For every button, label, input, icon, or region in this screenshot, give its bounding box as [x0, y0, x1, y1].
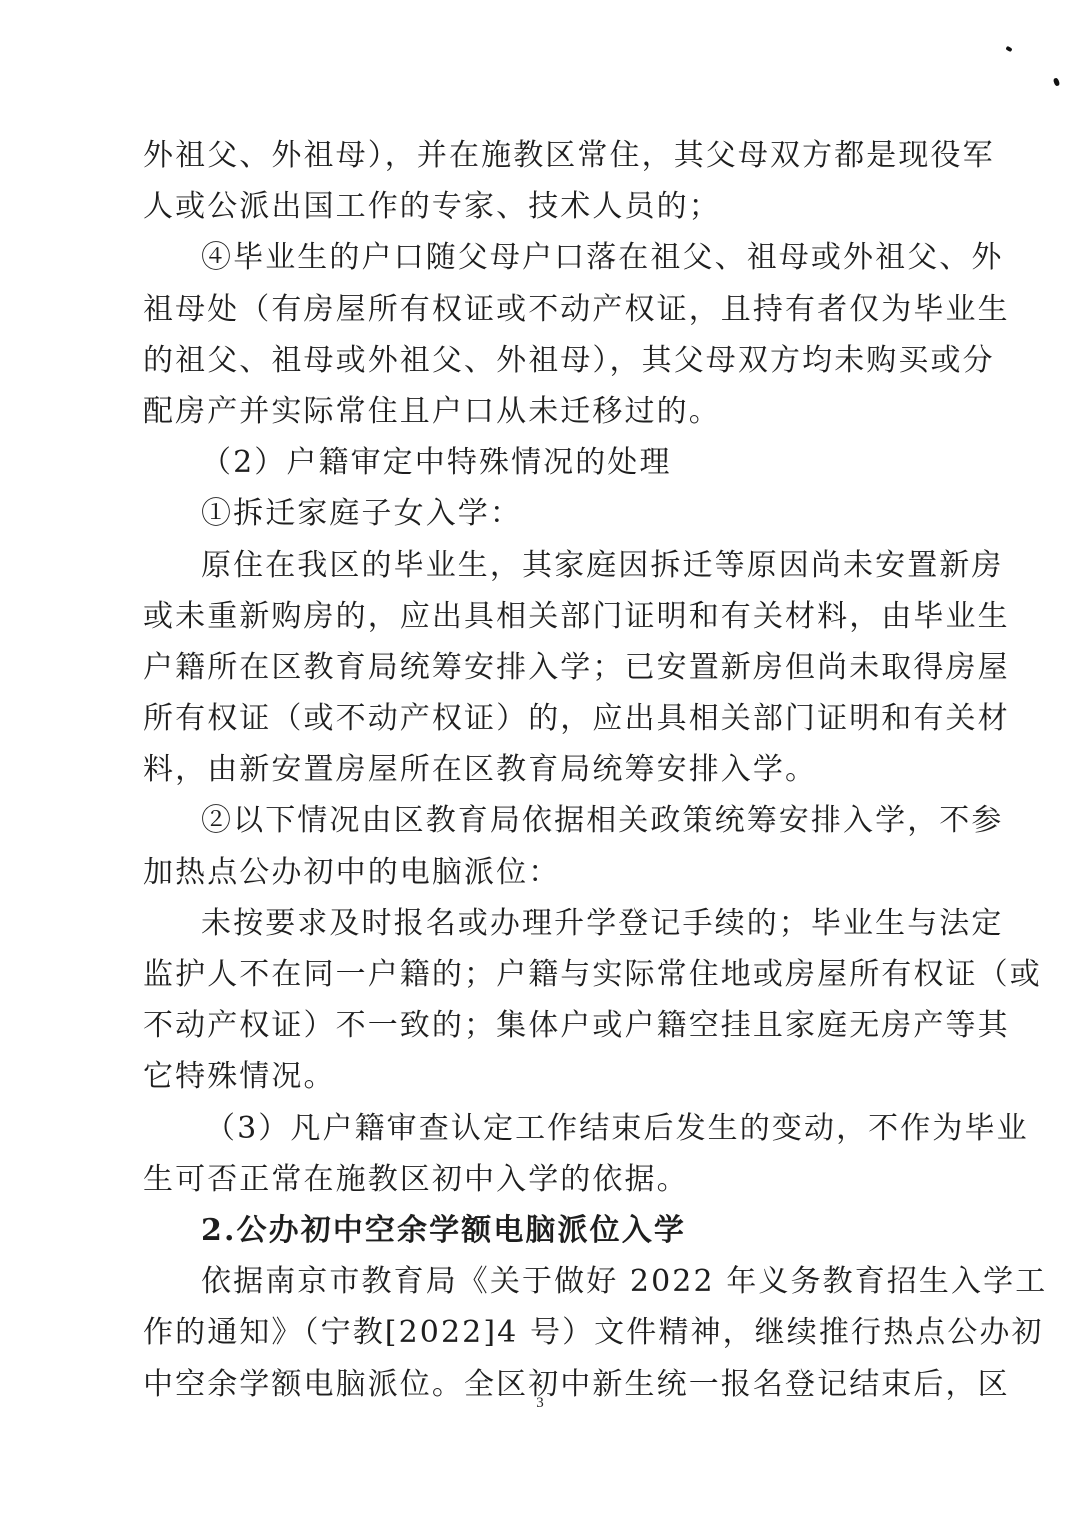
text-line: 原住在我区的毕业生，其家庭因拆迁等原因尚未安置新房: [143, 540, 928, 591]
text-line: 人或公派出国工作的专家、技术人员的；: [143, 181, 928, 232]
text-line: 外祖父、外祖母），并在施教区常住，其父母双方都是现役军: [143, 130, 928, 181]
list-item-4: ④毕业生的户口随父母户口落在祖父、祖母或外祖父、外: [143, 232, 928, 283]
text-line: 祖母处（有房屋所有权证或不动产权证，且持有者仅为毕业生: [143, 284, 928, 335]
text-line: 加热点公办初中的电脑派位：: [143, 847, 928, 898]
text-line: 料，由新安置房屋所在区教育局统筹安排入学。: [143, 744, 928, 795]
text-line: 户籍所在区教育局统筹安排入学；已安置新房但尚未取得房屋: [143, 642, 928, 693]
page-number: 3: [0, 1395, 1080, 1412]
text-line: 作的通知》（宁教[2022]4 号）文件精神，继续推行热点公办初: [143, 1307, 928, 1358]
document-page: 外祖父、外祖母），并在施教区常住，其父母双方都是现役军 人或公派出国工作的专家、…: [0, 0, 1080, 1526]
scan-speck: [1005, 46, 1012, 52]
text-line: 生可否正常在施教区初中入学的依据。: [143, 1154, 928, 1205]
section-heading-3: （3）凡户籍审查认定工作结束后发生的变动，不作为毕业: [143, 1103, 928, 1154]
text-line: 或未重新购房的，应出具相关部门证明和有关材料，由毕业生: [143, 591, 928, 642]
text-line: 依据南京市教育局《关于做好 2022 年义务教育招生入学工: [143, 1256, 928, 1307]
text-line: 未按要求及时报名或办理升学登记手续的；毕业生与法定: [143, 898, 928, 949]
section-heading-2: （2）户籍审定中特殊情况的处理: [143, 437, 928, 488]
text-line: 配房产并实际常住且户口从未迁移过的。: [143, 386, 928, 437]
text-line: 监护人不在同一户籍的；户籍与实际常住地或房屋所有权证（或: [143, 949, 928, 1000]
subheading-1: ①拆迁家庭子女入学：: [143, 488, 928, 539]
scan-speck: [1053, 77, 1060, 86]
section-heading-computer-lottery: 2.公办初中空余学额电脑派位入学: [143, 1205, 928, 1256]
document-body: 外祖父、外祖母），并在施教区常住，其父母双方都是现役军 人或公派出国工作的专家、…: [143, 130, 928, 1410]
text-line: 不动产权证）不一致的；集体户或户籍空挂且家庭无房产等其: [143, 1000, 928, 1051]
text-line: 所有权证（或不动产权证）的，应出具相关部门证明和有关材: [143, 693, 928, 744]
text-line: 的祖父、祖母或外祖父、外祖母），其父母双方均未购买或分: [143, 335, 928, 386]
subheading-2: ②以下情况由区教育局依据相关政策统筹安排入学，不参: [143, 795, 928, 846]
text-line: 它特殊情况。: [143, 1051, 928, 1102]
